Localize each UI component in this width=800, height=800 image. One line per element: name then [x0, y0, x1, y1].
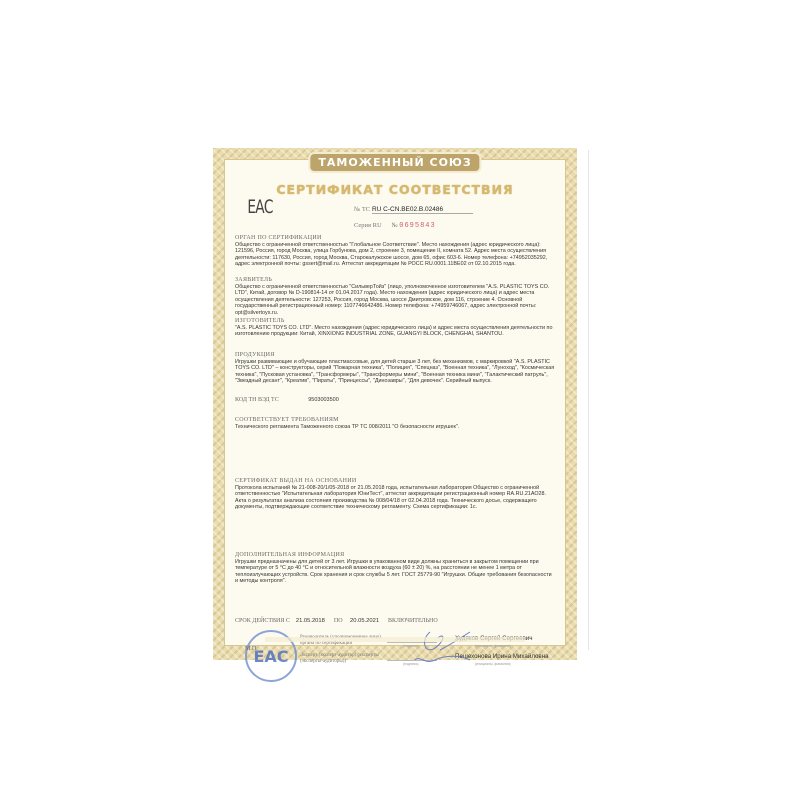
validity-period: СРОК ДЕЙСТВИЯ С 21.05.2018 ПО 20.05.2021… — [235, 618, 555, 624]
section-basis: СЕРТИФИКАТ ВЫДАН НА ОСНОВАНИИ Протокола … — [235, 478, 555, 511]
certificate-title: СЕРТИФИКАТ СООТВЕТСТВИЯ — [225, 182, 565, 197]
head-name-caption: (инициалы, фамилия) — [475, 644, 511, 648]
certificate-body: ТАМОЖЕННЫЙ СОЮЗ СЕРТИФИКАТ СООТВЕТСТВИЯ … — [224, 159, 566, 646]
section-organ: ОРГАН ПО СЕРТИФИКАЦИИ Общество с огранич… — [235, 235, 555, 268]
valid-from-date: 21.05.2018 — [296, 618, 325, 624]
certificate-number-value: RU C-CN.BE02.B.02486 — [372, 206, 473, 214]
expert-role-label: Эксперт (эксперт-аудитор) (эксперты (экс… — [300, 653, 390, 665]
code-value: 9503003500 — [308, 397, 339, 403]
eac-logo-icon: ЕАС — [246, 196, 273, 226]
section-applicant: ЗАЯВИТЕЛЬ Общество с ограниченной ответс… — [235, 277, 555, 317]
section-manufacturer: ИЗГОТОВИТЕЛЬ "A.S. PLASTIC TOYS CO. LTD"… — [235, 318, 555, 338]
section-code: КОД ТН ВЭД ТС 9503003500 — [235, 397, 339, 403]
certificate-document: ТАМОЖЕННЫЙ СОЮЗ СЕРТИФИКАТ СООТВЕТСТВИЯ … — [213, 148, 577, 660]
certificate-number: № ТС RU C-CN.BE02.B.02486 — [354, 206, 473, 213]
section-additional: ДОПОЛНИТЕЛЬНАЯ ИНФОРМАЦИЯ Игрушки предна… — [235, 552, 555, 585]
seal-label: М.П. — [245, 646, 258, 652]
section-product: ПРОДУКЦИЯ Игрушки развивающие и обучающи… — [235, 352, 555, 385]
signature-icon — [400, 630, 480, 670]
expert-name-caption: (инициалы, фамилия) — [475, 662, 511, 666]
footer-strip — [265, 637, 525, 642]
valid-to-date: 20.05.2021 — [350, 618, 379, 624]
page-divider-line — [588, 150, 589, 650]
series-number-value: 0695843 — [399, 222, 435, 230]
customs-union-banner: ТАМОЖЕННЫЙ СОЮЗ — [308, 152, 481, 173]
section-conforms: СООТВЕТСТВУЕТ ТРЕБОВАНИЯМ Технического р… — [235, 417, 555, 430]
certificate-series: Серия RU № 0695843 — [354, 222, 436, 230]
